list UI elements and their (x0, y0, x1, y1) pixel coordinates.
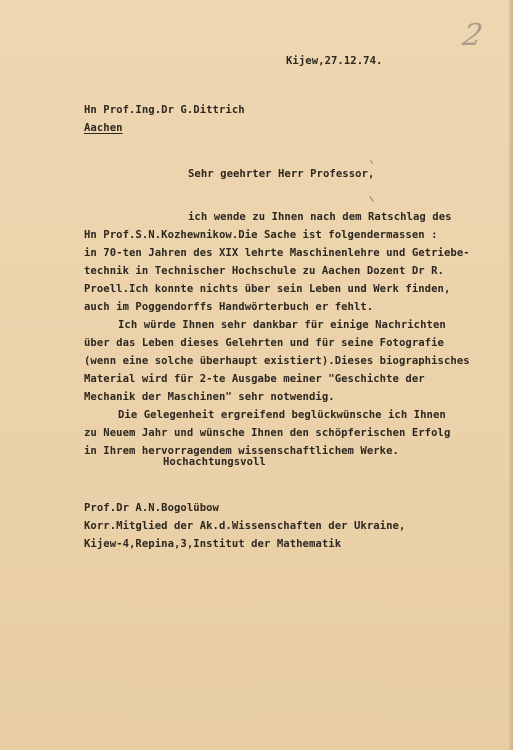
sender-address: Kijew-4,Repina,3,Institut der Mathematik (84, 538, 341, 550)
stray-mark (370, 160, 373, 164)
sender-title: Korr.Mitglied der Ak.d.Wissenschaften de… (84, 520, 405, 532)
body-line: auch im Poggendorffs Handwörterbuch er f… (84, 301, 373, 313)
body-line: Material wird für 2-te Ausgabe meiner "G… (84, 373, 425, 385)
body-line: ich wende zu Ihnen nach dem Ratschlag de… (188, 211, 452, 223)
body-line: Ich würde Ihnen sehr dankbar für einige … (118, 319, 446, 331)
sender-name: Prof.Dr A.N.Bogolübow (84, 502, 219, 514)
body-line: technik in Technischer Hochschule zu Aac… (84, 265, 444, 277)
recipient-city: Aachen (84, 122, 123, 134)
handwritten-page-number: 2 (460, 18, 485, 53)
body-line: in 70-ten Jahren des XIX lehrte Maschine… (84, 247, 470, 259)
body-line: über das Leben dieses Gelehrten und für … (84, 337, 444, 349)
stray-mark (369, 196, 373, 201)
body-line: zu Neuem Jahr und wünsche Ihnen den schö… (84, 427, 450, 439)
letter-page: 2 Kijew,27.12.74. Hn Prof.Ing.Dr G.Dittr… (0, 0, 513, 750)
closing: Hochachtungsvoll (163, 456, 266, 468)
place-date: Kijew,27.12.74. (286, 55, 382, 67)
body-line: Mechanik der Maschinen" sehr notwendig. (84, 391, 335, 403)
salutation: Sehr geehrter Herr Professor, (188, 168, 374, 180)
body-line: Hn Prof.S.N.Kozhewnikow.Die Sache ist fo… (84, 229, 438, 241)
body-line: Proell.Ich konnte nichts über sein Leben… (84, 283, 450, 295)
body-line: Die Gelegenheit ergreifend beglückwünsch… (118, 409, 446, 421)
body-line: (wenn eine solche überhaupt existiert).D… (84, 355, 470, 367)
recipient-name: Hn Prof.Ing.Dr G.Dittrich (84, 104, 245, 116)
page-edge (509, 0, 513, 750)
